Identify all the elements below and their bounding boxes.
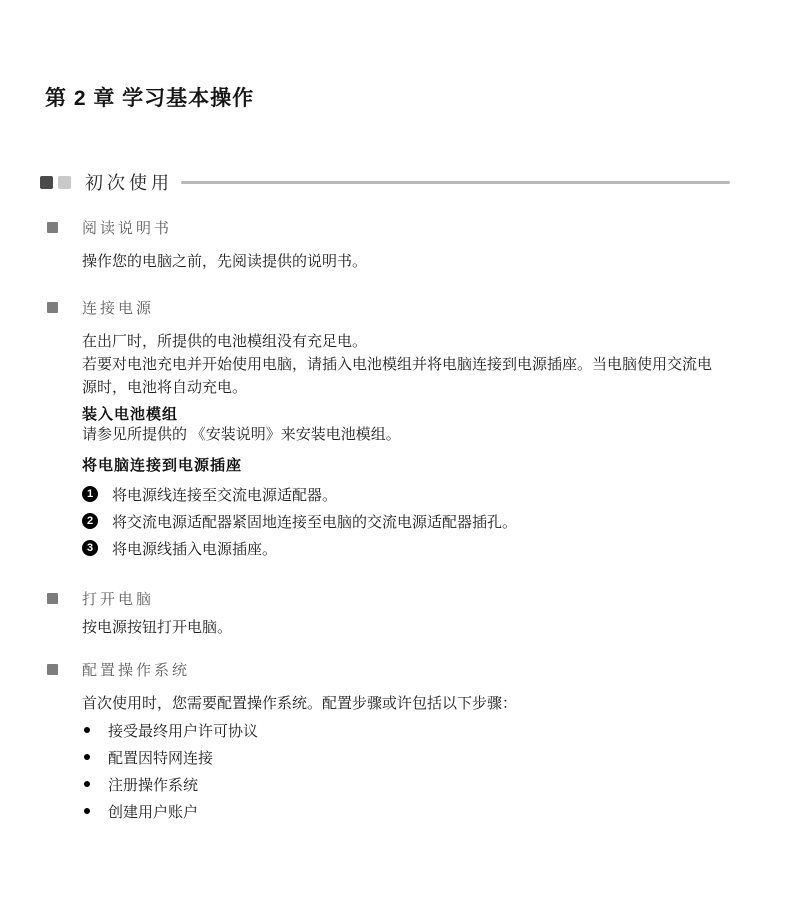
subsection-heading-connect-power: 连接电源	[47, 298, 154, 316]
step-text: 将电源线连接至交流电源适配器。	[112, 484, 337, 505]
paragraph-power-on: 按电源按钮打开电脑。	[82, 617, 762, 640]
paragraph-configure-os: 首次使用时，您需要配置操作系统。配置步骤或许包括以下步骤：	[82, 693, 762, 716]
paragraph-connect-power: 在出厂时，所提供的电池模组没有充足电。 若要对电池充电并开始使用电脑，请插入电池…	[82, 331, 762, 400]
list-item-text: 接受最终用户许可协议	[108, 720, 258, 741]
chapter-title: 第 2 章 学习基本操作	[45, 82, 254, 112]
list-item-eula: 接受最终用户许可协议	[84, 720, 258, 740]
step-number-badge: 1	[82, 486, 98, 502]
list-item-register: 注册操作系统	[84, 774, 198, 794]
subsection-title: 连接电源	[82, 297, 154, 318]
list-item-account: 创建用户账户	[84, 801, 198, 821]
section-marker-light-square-icon	[58, 176, 71, 189]
square-bullet-icon	[47, 222, 58, 233]
subsection-heading-read-manual: 阅读说明书	[47, 218, 172, 236]
section-title: 初次使用	[85, 169, 173, 195]
subsection-heading-power-on: 打开电脑	[47, 589, 154, 607]
paragraph-install-battery: 请参见所提供的 《安装说明》来安装电池模组。	[82, 424, 762, 447]
subheading-connect-outlet: 将电脑连接到电源插座	[82, 454, 242, 475]
bullet-dot-icon	[84, 754, 90, 760]
list-item-internet: 配置因特网连接	[84, 747, 213, 767]
square-bullet-icon	[47, 302, 58, 313]
section-rule	[181, 181, 730, 184]
section-header: 初次使用	[40, 169, 730, 195]
step-text: 将交流电源适配器紧固地连接至电脑的交流电源适配器插孔。	[112, 511, 517, 532]
list-item-text: 创建用户账户	[108, 801, 198, 822]
bullet-dot-icon	[84, 808, 90, 814]
square-bullet-icon	[47, 593, 58, 604]
step-number-badge: 2	[82, 513, 98, 529]
square-bullet-icon	[47, 664, 58, 675]
paragraph-read-manual: 操作您的电脑之前，先阅读提供的说明书。	[82, 251, 762, 274]
step-item-3: 3 将电源线插入电源插座。	[82, 538, 277, 558]
manual-page: 第 2 章 学习基本操作 初次使用 阅读说明书 操作您的电脑之前，先阅读提供的说…	[0, 0, 800, 906]
list-item-text: 注册操作系统	[108, 774, 198, 795]
subsection-title: 打开电脑	[82, 588, 154, 609]
subsection-heading-configure-os: 配置操作系统	[47, 660, 190, 678]
step-text: 将电源线插入电源插座。	[112, 538, 277, 559]
step-number-badge: 3	[82, 540, 98, 556]
step-item-1: 1 将电源线连接至交流电源适配器。	[82, 484, 337, 504]
bullet-dot-icon	[84, 781, 90, 787]
subheading-install-battery: 装入电池模组	[82, 403, 178, 424]
step-item-2: 2 将交流电源适配器紧固地连接至电脑的交流电源适配器插孔。	[82, 511, 517, 531]
section-marker-dark-square-icon	[40, 176, 53, 189]
list-item-text: 配置因特网连接	[108, 747, 213, 768]
bullet-dot-icon	[84, 727, 90, 733]
subsection-title: 配置操作系统	[82, 659, 190, 680]
subsection-title: 阅读说明书	[82, 217, 172, 238]
